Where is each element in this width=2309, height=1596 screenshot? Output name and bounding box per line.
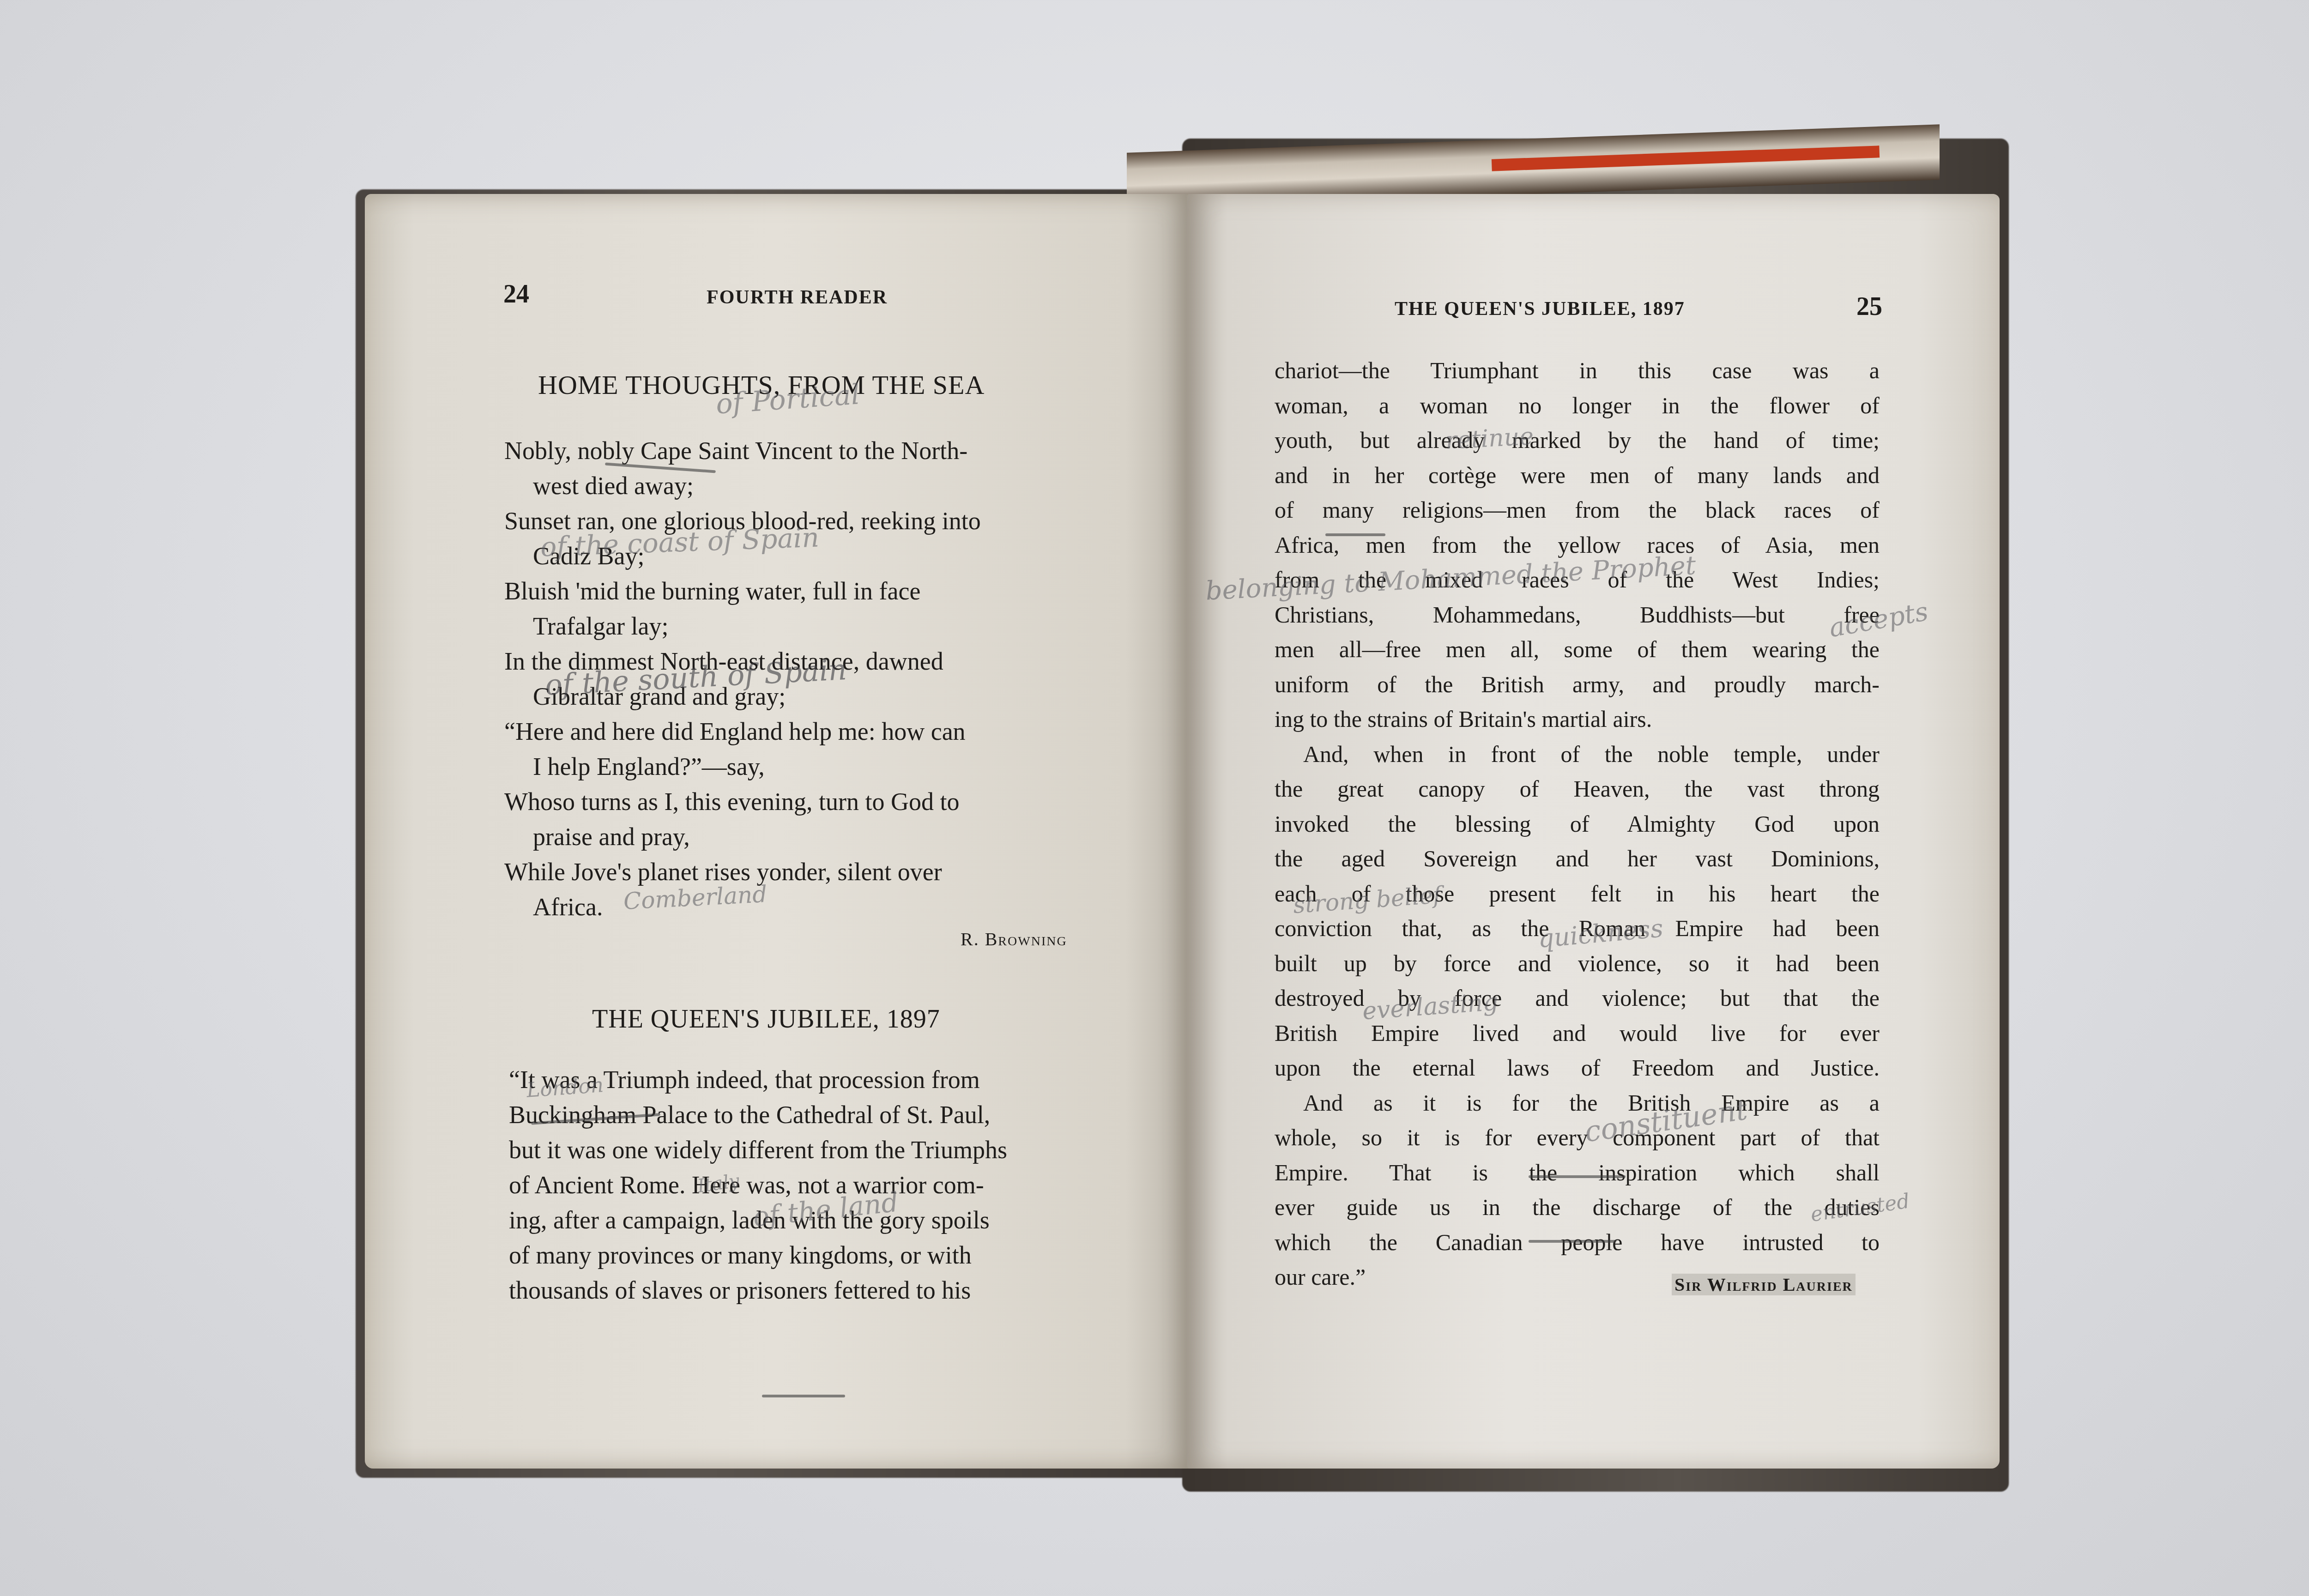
article-line: the aged Sovereign and her vast Dominion…: [1275, 841, 1880, 877]
poem-author: R. Browning: [961, 928, 1067, 950]
article-line: uniform of the British army, and proudly…: [1275, 667, 1880, 702]
article-line: invoked the blessing of Almighty God upo…: [1275, 807, 1880, 842]
poem-line: “Here and here did England help me: how …: [504, 714, 1105, 749]
article-title: THE QUEEN'S JUBILEE, 1897: [592, 1004, 940, 1034]
right-page: THE QUEEN'S JUBILEE, 1897 25 chariot—the…: [1187, 194, 2000, 1469]
article-line: youth, but already marked by the hand of…: [1275, 423, 1880, 458]
article-body: “It was a Triumph indeed, that processio…: [509, 1062, 1109, 1308]
running-head: FOURTH READER: [707, 286, 888, 308]
poem-line: praise and pray,: [504, 819, 1105, 854]
poem-line: While Jove's planet rises yonder, silent…: [504, 854, 1105, 889]
article-line: the great canopy of Heaven, the vast thr…: [1275, 772, 1880, 807]
page-number: 25: [1856, 292, 1882, 321]
article-line: thousands of slaves or prisoners fettere…: [509, 1273, 1109, 1308]
pencil-underline: [1529, 1175, 1626, 1178]
article-line: ever guide us in the discharge of the du…: [1275, 1190, 1880, 1225]
poem-line: Africa.: [504, 889, 1105, 925]
article-line: And, when in front of the noble temple, …: [1275, 737, 1880, 772]
poem-line: west died away;: [504, 468, 1105, 503]
poem-line: Whoso turns as I, this evening, turn to …: [504, 784, 1105, 819]
article-line: ing to the strains of Britain's martial …: [1275, 702, 1880, 737]
poem-line: Bluish 'mid the burning water, full in f…: [504, 574, 1105, 609]
page-number: 24: [503, 279, 529, 309]
pencil-underline: [762, 1395, 845, 1397]
article-line: but it was one widely different from the…: [509, 1132, 1109, 1167]
article-line: and in her cortège were men of many land…: [1275, 458, 1880, 493]
article-body: chariot—the Triumphant in this case was …: [1275, 353, 1880, 1295]
article-line: chariot—the Triumphant in this case was …: [1275, 353, 1880, 388]
article-line: men all—free men all, some of them weari…: [1275, 632, 1880, 667]
article-line: built up by force and violence, so it ha…: [1275, 946, 1880, 981]
article-line: Christians, Mohammedans, Buddhists—but f…: [1275, 598, 1880, 633]
handwritten-note: retinue: [1445, 423, 1535, 455]
open-book: 24 FOURTH READER HOME THOUGHTS, FROM THE…: [0, 0, 2309, 1596]
pencil-underline: [1529, 1240, 1616, 1243]
article-line: whole, so it is for every component part…: [1275, 1120, 1880, 1155]
poem-line: Trafalgar lay;: [504, 609, 1105, 644]
poem-line: I help England?”—say,: [504, 749, 1105, 784]
pencil-underline: [1325, 533, 1385, 536]
article-line: upon the eternal laws of Freedom and Jus…: [1275, 1051, 1880, 1086]
article-line: woman, a woman no longer in the flower o…: [1275, 388, 1880, 423]
article-line: Buckingham Palace to the Cathedral of St…: [509, 1097, 1109, 1132]
article-line: of many religions—men from the black rac…: [1275, 493, 1880, 528]
article-line: And as it is for the British Empire as a: [1275, 1086, 1880, 1121]
article-line: Empire. That is the inspiration which sh…: [1275, 1155, 1880, 1191]
poem-line: Nobly, nobly Cape Saint Vincent to the N…: [504, 433, 1105, 468]
running-head: THE QUEEN'S JUBILEE, 1897: [1395, 298, 1685, 320]
article-author: Sir Wilfrid Laurier: [1672, 1274, 1856, 1295]
article-line: of many provinces or many kingdoms, or w…: [509, 1238, 1109, 1273]
left-page: 24 FOURTH READER HOME THOUGHTS, FROM THE…: [365, 194, 1191, 1469]
